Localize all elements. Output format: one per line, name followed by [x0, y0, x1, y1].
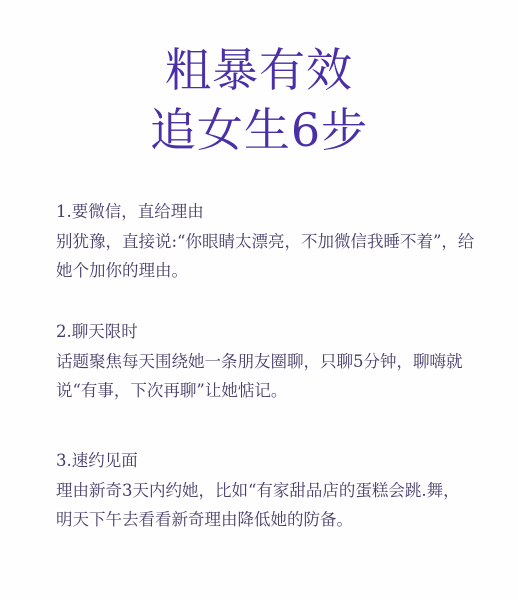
section-body: 话题聚焦每天围绕她一条朋友圈聊，只聊5分钟，聊嗨就说“有事，下次再聊”让她惦记。 [56, 347, 476, 405]
section-step-2: 2.聊天限时 话题聚焦每天围绕她一条朋友圈聊，只聊5分钟，聊嗨就说“有事，下次再… [56, 317, 476, 405]
section-heading: 3.速约见面 [56, 446, 476, 475]
section-heading: 2.聊天限时 [56, 317, 476, 346]
section-step-3: 3.速约见面 理由新奇3天内约她，比如“有家甜品店的蛋糕会跳.舞，明天下午去看看… [56, 446, 476, 534]
section-heading: 1.要微信，直给理由 [56, 197, 476, 226]
section-step-1: 1.要微信，直给理由 别犹豫，直接说:“你眼睛太漂亮，不加微信我睡不着”，给她个… [56, 197, 476, 285]
page-title-line-2: 追女生6步 [0, 100, 518, 160]
page-title-line-1: 粗暴有效 [0, 40, 518, 100]
section-body: 别犹豫，直接说:“你眼睛太漂亮，不加微信我睡不着”，给她个加你的理由。 [56, 227, 476, 285]
section-body: 理由新奇3天内约她，比如“有家甜品店的蛋糕会跳.舞，明天下午去看看新奇理由降低她… [56, 476, 476, 534]
document-page: 粗暴有效 追女生6步 1.要微信，直给理由 别犹豫，直接说:“你眼睛太漂亮，不加… [0, 0, 518, 600]
